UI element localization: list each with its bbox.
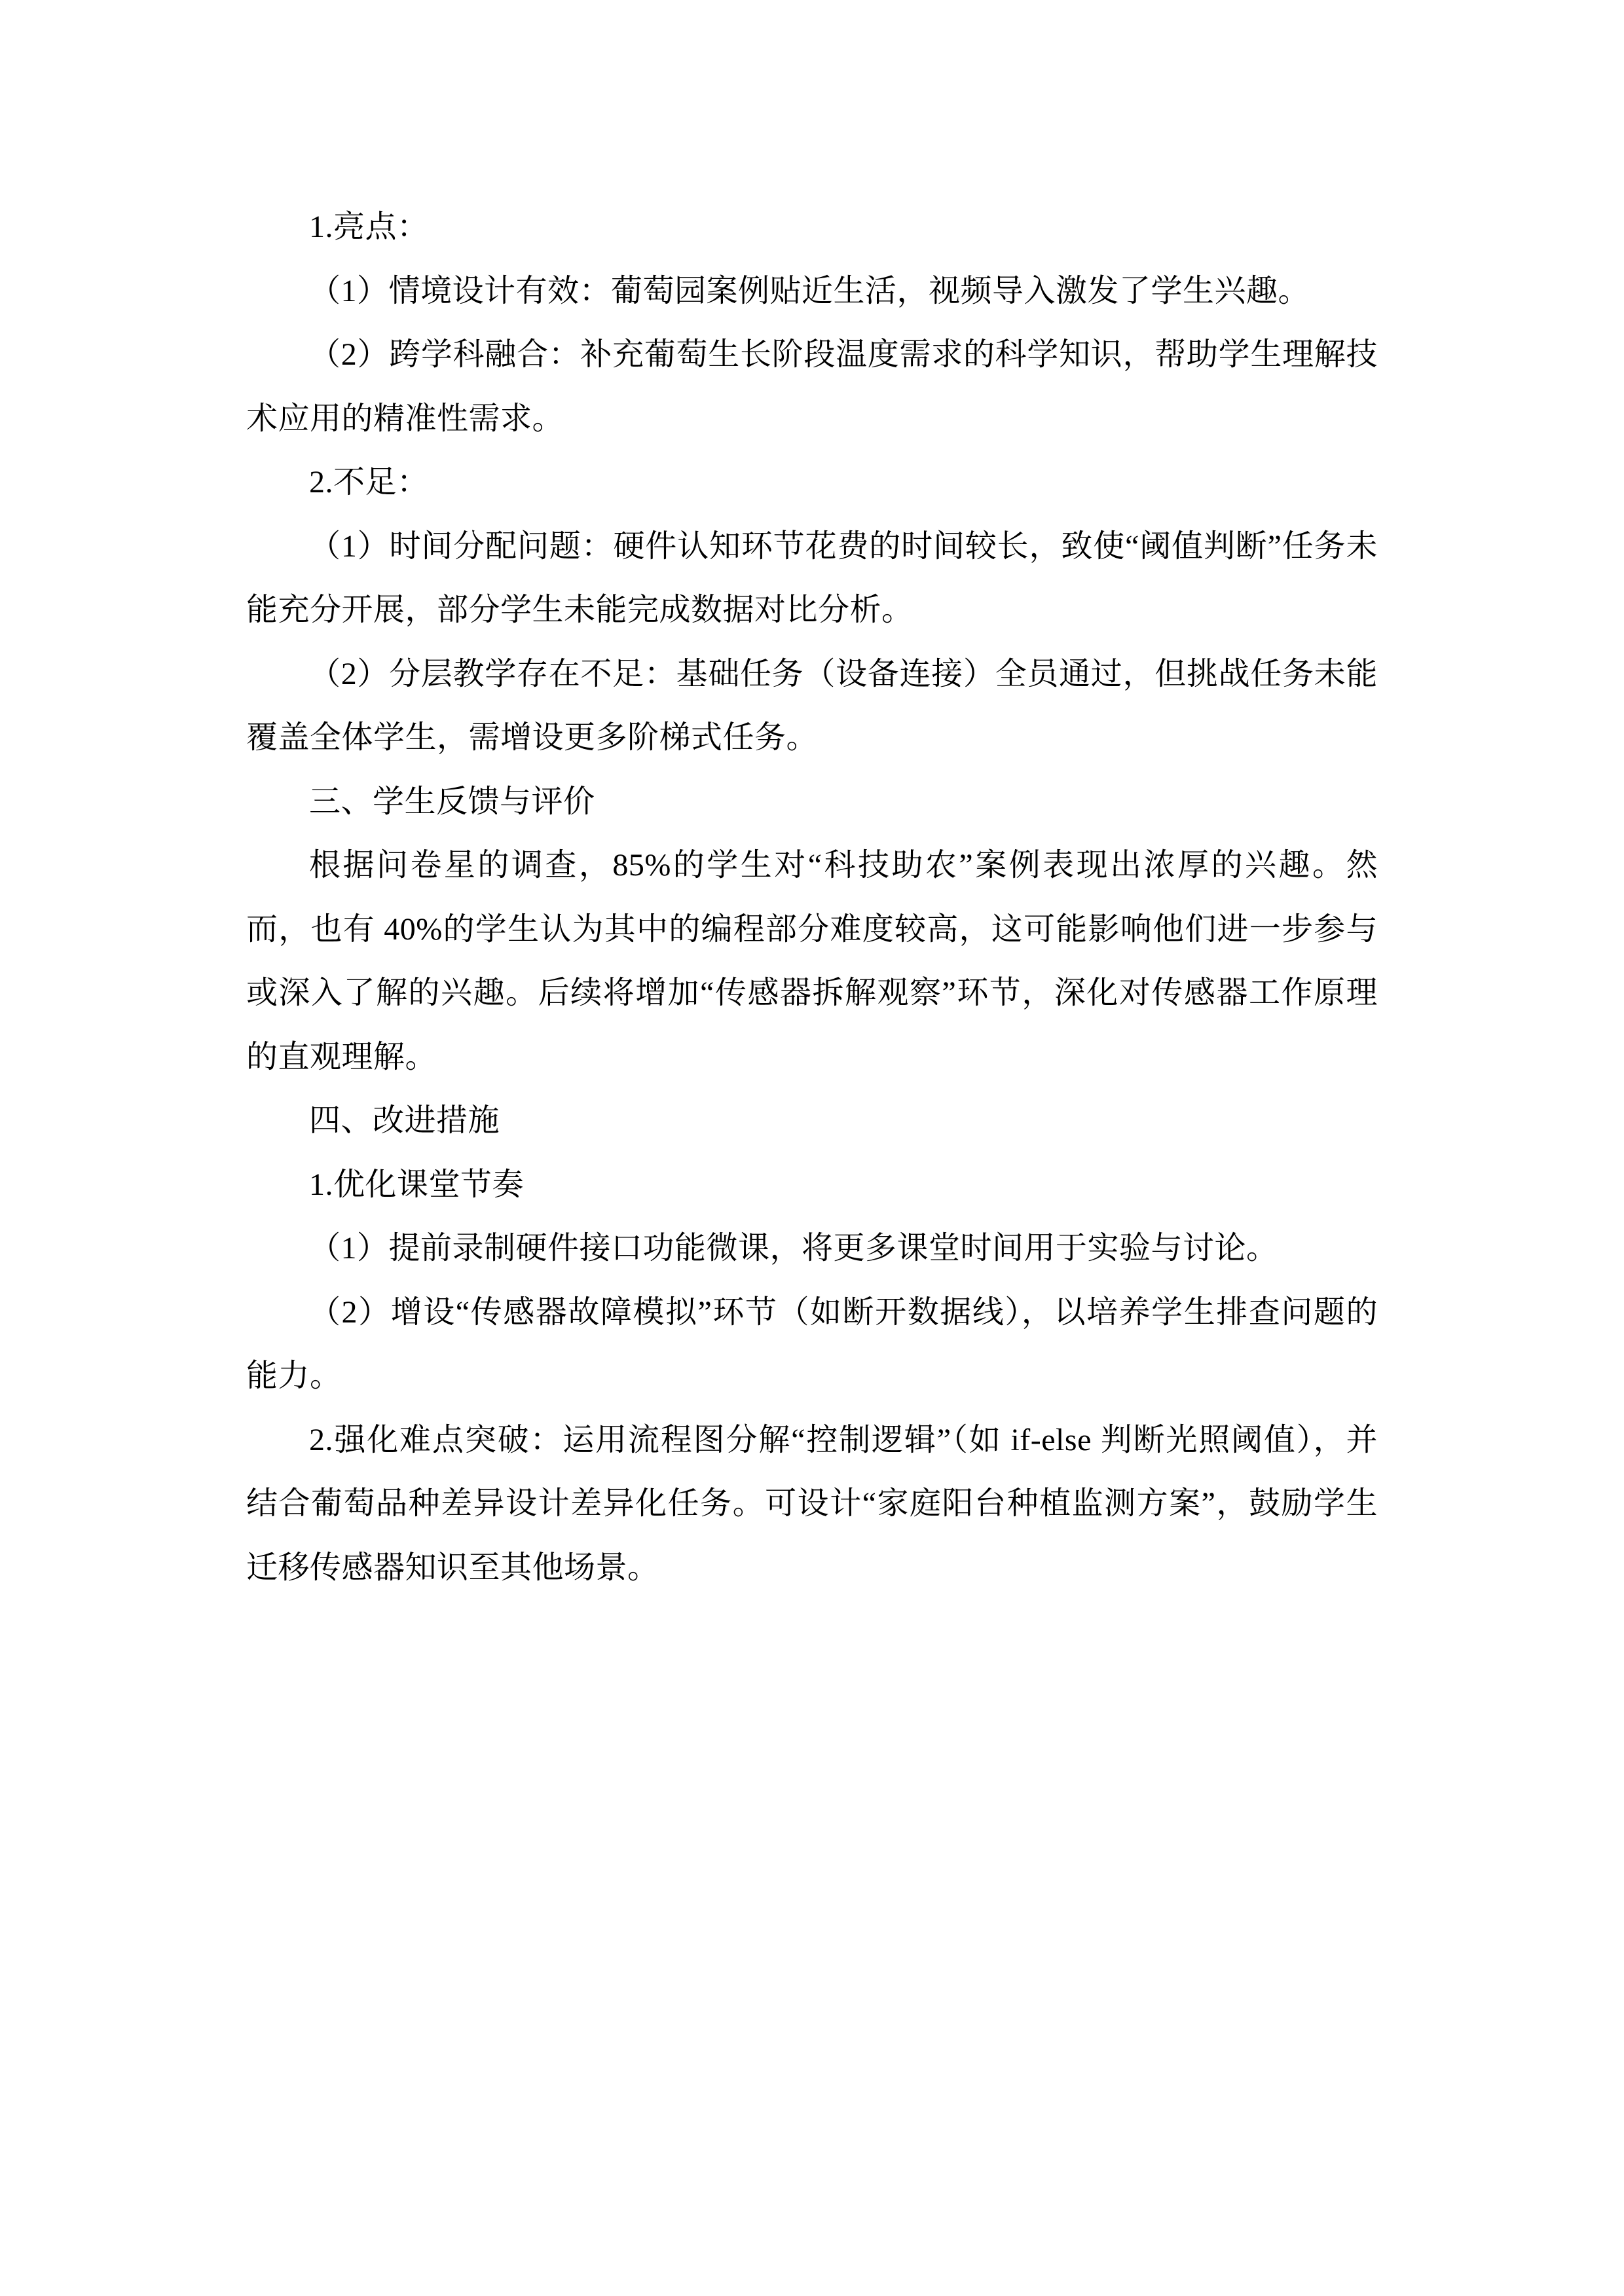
numbered-item-highlights: 1.亮点：: [246, 195, 1378, 259]
highlight-item-2: （2）跨学科融合：补充葡萄生长阶段温度需求的科学知识，帮助学生理解技术应用的精准…: [246, 323, 1378, 450]
highlight-item-1: （1）情境设计有效：葡萄园案例贴近生活，视频导入激发了学生兴趣。: [246, 259, 1378, 323]
section-heading-feedback: 三、学生反馈与评价: [246, 770, 1378, 834]
document-body: 1.亮点： （1）情境设计有效：葡萄园案例贴近生活，视频导入激发了学生兴趣。 （…: [246, 195, 1378, 1599]
improvement-item-pacing: 1.优化课堂节奏: [246, 1153, 1378, 1217]
document-page: 1.亮点： （1）情境设计有效：葡萄园案例贴近生活，视频导入激发了学生兴趣。 （…: [0, 0, 1624, 2296]
shortcoming-item-1: （1）时间分配问题：硬件认知环节花费的时间较长，致使“阈值判断”任务未能充分开展…: [246, 515, 1378, 642]
pacing-measure-1: （1）提前录制硬件接口功能微课，将更多课堂时间用于实验与讨论。: [246, 1216, 1378, 1281]
numbered-item-shortcomings: 2.不足：: [246, 450, 1378, 515]
improvement-item-difficulty: 2.强化难点突破：运用流程图分解“控制逻辑”（如 if-else 判断光照阈值）…: [246, 1408, 1378, 1600]
shortcoming-item-2: （2）分层教学存在不足：基础任务（设备连接）全员通过，但挑战任务未能覆盖全体学生…: [246, 642, 1378, 770]
section-heading-improvements: 四、改进措施: [246, 1089, 1378, 1153]
pacing-measure-2: （2）增设“传感器故障模拟”环节（如断开数据线），以培养学生排查问题的能力。: [246, 1281, 1378, 1408]
feedback-paragraph: 根据问卷星的调查，85%的学生对“科技助农”案例表现出浓厚的兴趣。然而，也有 4…: [246, 833, 1378, 1089]
